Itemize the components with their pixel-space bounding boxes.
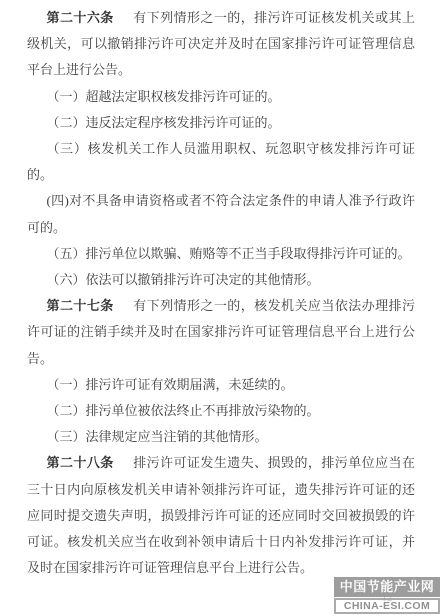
article-26-number: 第二十六条	[47, 10, 114, 25]
article-26-item-4: (四)对不具备申请资格或者不符合法定条件的申请人准予行政许可的。	[27, 188, 415, 240]
article-26-item-2: （二）违反法定程序核发排污许可证的。	[27, 110, 415, 136]
article-27-item-3: （三）法律规定应当注销的其他情形。	[27, 424, 415, 450]
document-text-block: 第二十六条有下列情形之一的，排污许可证核发机关或其上级机关，可以撤销排污许可决定…	[27, 5, 415, 581]
article-28-paragraph: 第二十八条排污许可证发生遗失、损毁的，排污单位应当在三十日内向原核发机关申请补领…	[27, 450, 415, 581]
article-28-text: 排污许可证发生遗失、损毁的，排污单位应当在三十日内向原核发机关申请补领排污许可证…	[27, 455, 415, 575]
article-27-item-1: （一）排污许可证有效期届满，未延续的。	[27, 372, 415, 398]
article-27-item-2: （二）排污单位被依法终止不再排放污染物的。	[27, 398, 415, 424]
article-28-number: 第二十八条	[47, 455, 114, 470]
page-number: 12	[382, 592, 393, 604]
article-26-item-3: （三）核发机关工作人员滥用职权、玩忽职守核发排污许可证的。	[27, 136, 415, 188]
article-26-item-6: （六）依法可以撤销排污许可决定的其他情形。	[27, 267, 415, 293]
article-27-number: 第二十七条	[47, 298, 114, 313]
article-26-paragraph: 第二十六条有下列情形之一的，排污许可证核发机关或其上级机关，可以撤销排污许可决定…	[27, 5, 415, 84]
article-26-item-5: （五）排污单位以欺骗、贿赂等不正当手段取得排污许可证的。	[27, 241, 415, 267]
watermark: 12 中国节能产业网 CHINA-ESI.COM	[334, 577, 440, 614]
article-26-item-1: （一）超越法定职权核发排污许可证的。	[27, 84, 415, 110]
scanned-document-page: 第二十六条有下列情形之一的，排污许可证核发机关或其上级机关，可以撤销排污许可决定…	[0, 0, 442, 616]
article-27-paragraph: 第二十七条有下列情形之一的，核发机关应当依法办理排污许可证的注销手续并及时在国家…	[27, 293, 415, 372]
